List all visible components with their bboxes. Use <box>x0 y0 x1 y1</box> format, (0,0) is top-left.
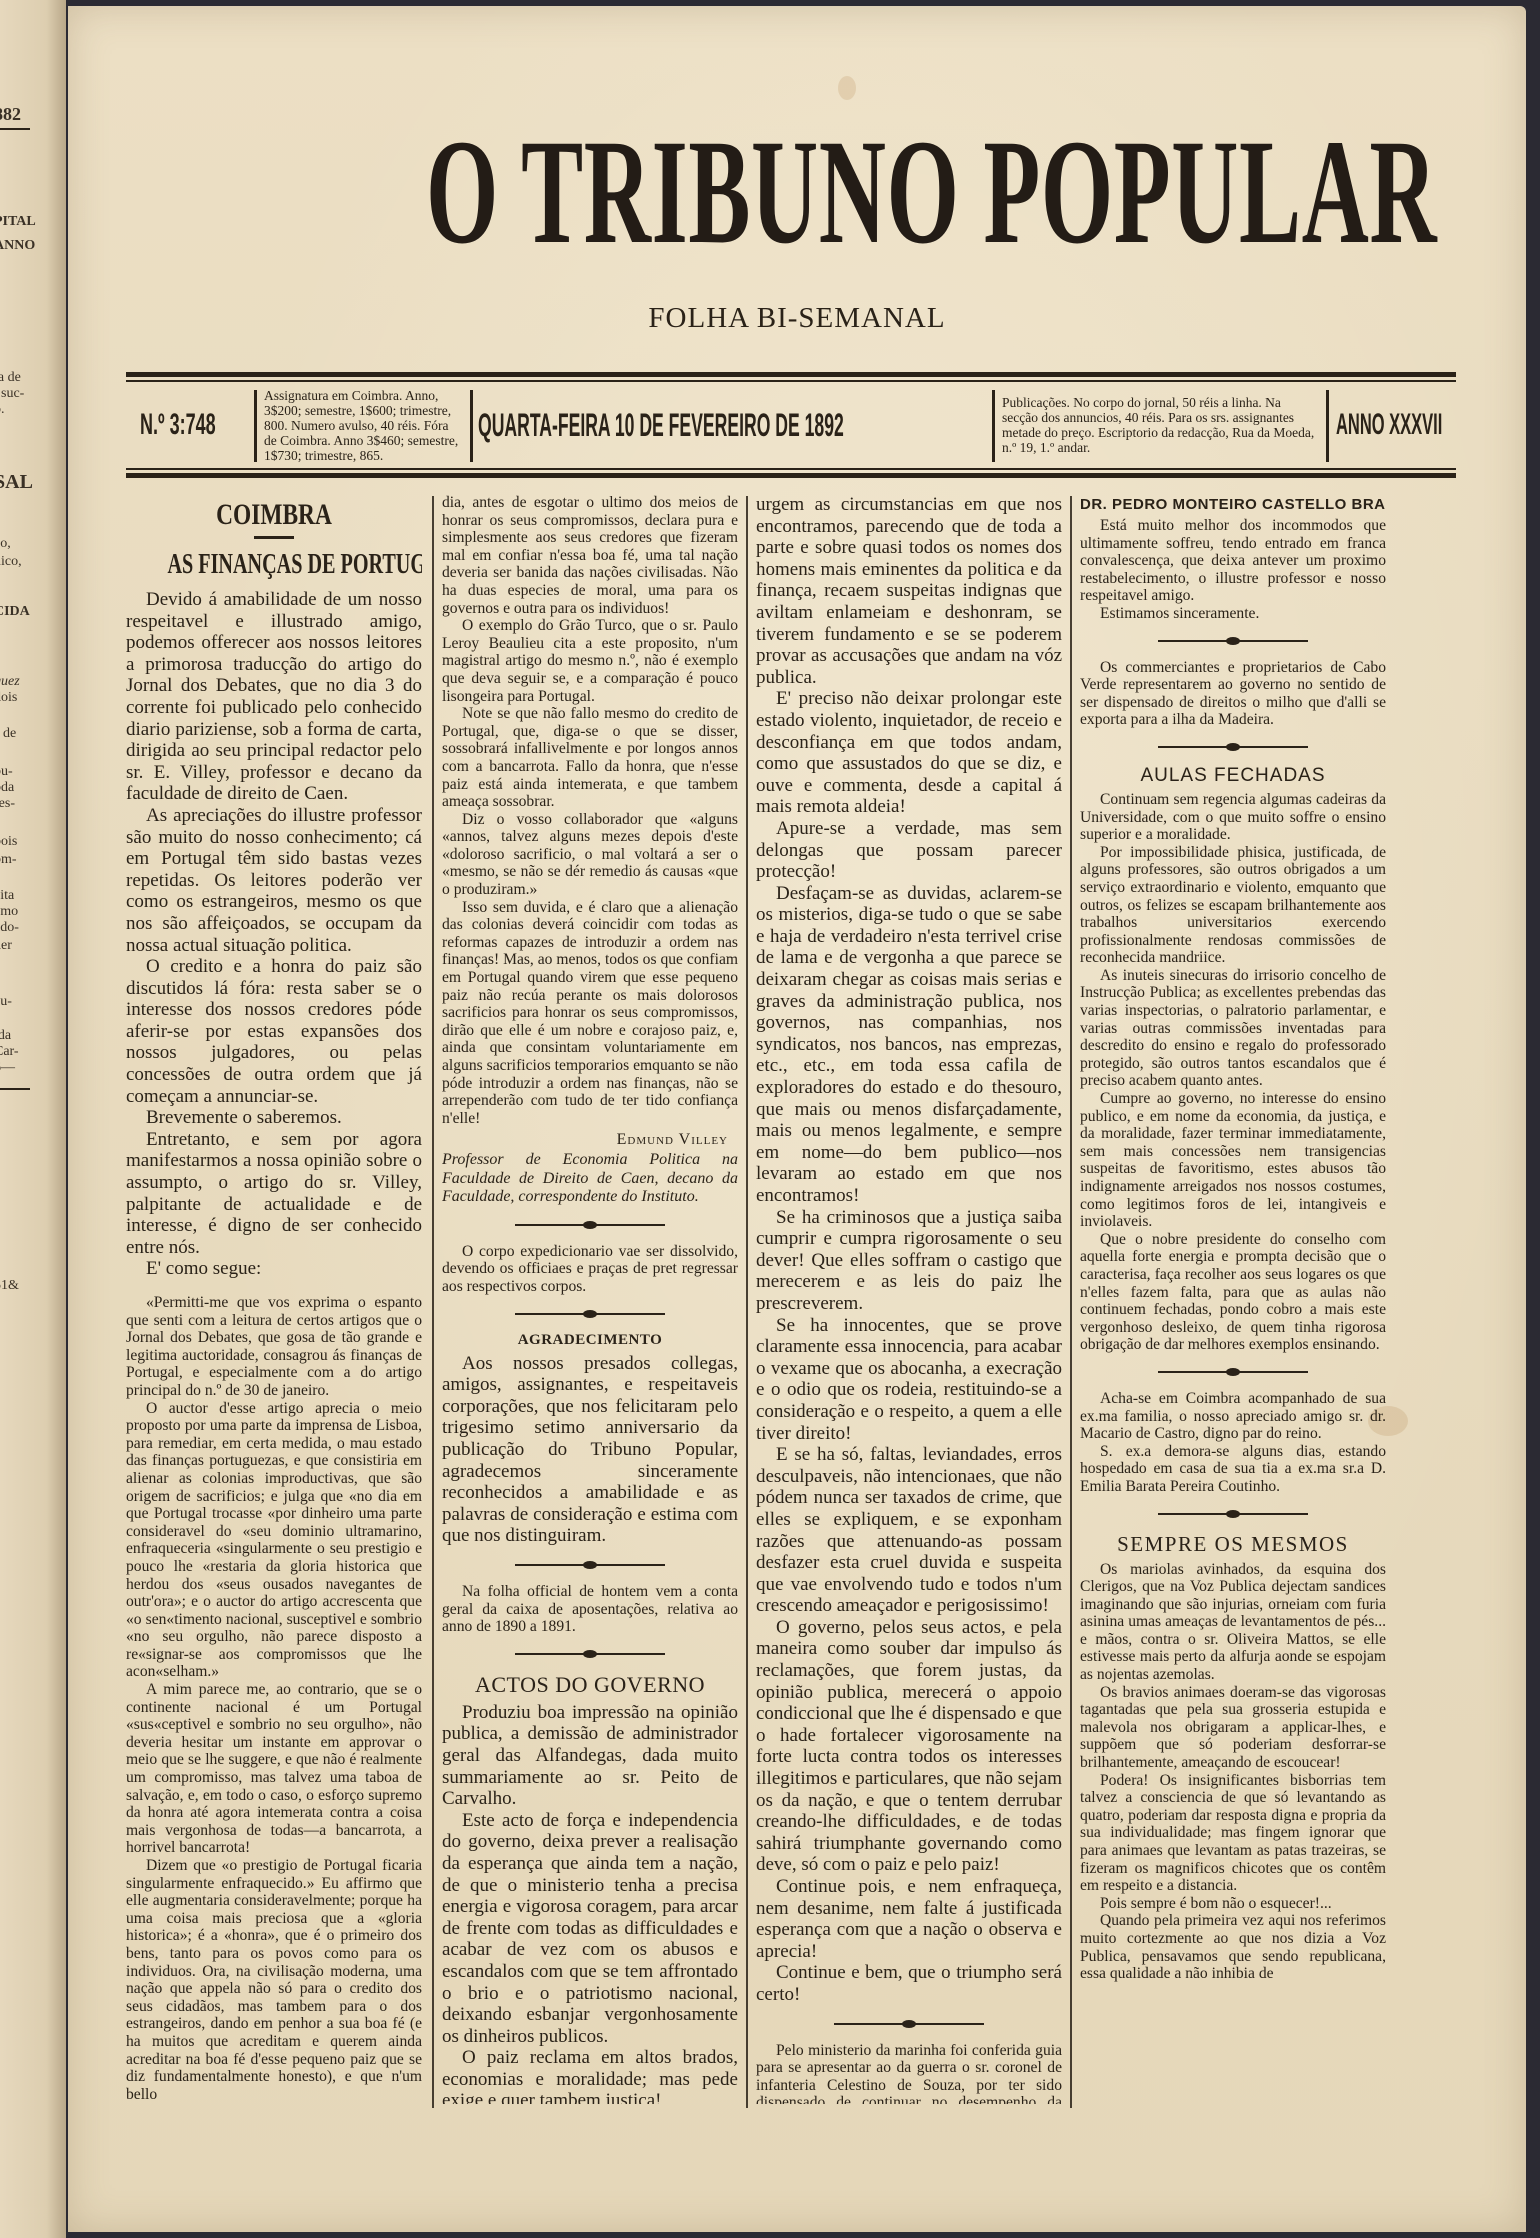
article-intro: Devido á amabilidade de um nosso respeit… <box>126 589 422 1280</box>
section-heading: AGRADECIMENTO <box>442 1332 738 1349</box>
section-heading: DR. PEDRO MONTEIRO CASTELLO BRANCO <box>1080 496 1386 513</box>
section-heading: AULAS FECHADAS <box>1080 765 1386 787</box>
prev-page-fragment: PITAL <box>0 214 36 230</box>
paragraph: Os mariolas avinhados, da esquina dos Cl… <box>1080 1561 1386 1684</box>
paragraph: A mim parece me, ao contrario, que se o … <box>126 1681 422 1857</box>
paragraph: Isso sem duvida, e é claro que a alienaç… <box>442 899 738 1128</box>
ornament-divider <box>1158 741 1308 753</box>
infobar-rule <box>126 468 1456 470</box>
paragraph: Acha-se em Coimbra acompanhado de sua ex… <box>1080 1390 1386 1443</box>
letter-text: «Permitti-me que vos exprima o espanto q… <box>126 1294 422 2103</box>
column-divider <box>1070 496 1072 2108</box>
paragraph: Note se que não fallo mesmo do credito d… <box>442 705 738 811</box>
prev-page-fragment: Car- <box>0 1044 19 1060</box>
bleed-through-edge <box>1398 494 1412 2104</box>
ornament-divider <box>515 1559 665 1571</box>
ornament-divider <box>515 1648 665 1660</box>
ornament-divider <box>834 2018 984 2030</box>
heading-dash <box>254 536 294 539</box>
paragraph: Está muito melhor dos incommodos que ult… <box>1080 517 1386 605</box>
prev-page-fragment: 882 <box>0 106 21 122</box>
prev-page-fragment: 51& <box>0 1278 19 1294</box>
paragraph: Podera! Os insignificantes bisborrias te… <box>1080 1772 1386 1895</box>
previous-page-edge: 882 PITAL ANNO ja de . suc- o. SAL co, n… <box>0 0 66 2238</box>
article-headline: AS FINANÇAS DE PORTUGAL <box>167 547 380 583</box>
paragraph: dia, antes de esgotar o ultimo dos meios… <box>442 494 738 617</box>
section-heading: COIMBRA <box>159 498 390 532</box>
prev-page-fragment: res- <box>0 796 15 812</box>
ornament-divider <box>515 1219 665 1231</box>
paragraph: Na folha official de hontem vem a conta … <box>442 1583 738 1636</box>
column-2: dia, antes de esgotar o ultimo dos meios… <box>442 494 738 2104</box>
paragraph: Se ha innocentes, que se prove clarament… <box>756 1315 1062 1445</box>
section-heading: ACTOS DO GOVERNO <box>442 1672 738 1698</box>
paragraph: Cumpre ao governo, no interesse do ensin… <box>1080 1090 1386 1231</box>
paragraph: E se ha só, faltas, leviandades, erros d… <box>756 1444 1062 1617</box>
infobar-rule <box>126 473 1456 478</box>
publications-info: Publicações. No corpo do jornal, 50 réis… <box>1002 395 1318 455</box>
paragraph: Quando pela primeira vez aqui nos referi… <box>1080 1912 1386 1982</box>
prev-page-fragment: ado- <box>0 920 19 936</box>
paragraph: O exemplo do Grão Turco, que o sr. Paulo… <box>442 617 738 705</box>
paragraph: As inuteis sinecuras do irrisorio concel… <box>1080 967 1386 1090</box>
paragraph: S. ex.a demora-se alguns dias, estando h… <box>1080 1443 1386 1496</box>
signature-title: Professor de Economia Politica na Faculd… <box>442 1151 738 1207</box>
sempre-text: Os mariolas avinhados, da esquina dos Cl… <box>1080 1561 1386 1983</box>
paragraph: Continue pois, e nem enfraqueça, nem des… <box>756 1876 1062 1962</box>
paragraph: Diz o vosso collaborador que «alguns «an… <box>442 811 738 899</box>
prev-page-fragment: CIDA <box>0 604 30 620</box>
column-divider <box>746 496 748 2108</box>
paragraph: E' como segue: <box>126 1258 422 1280</box>
newspaper-scan: 882 PITAL ANNO ja de . suc- o. SAL co, n… <box>0 0 1540 2238</box>
paragraph: Este acto de força e independencia do go… <box>442 1810 738 2048</box>
prev-page-fragment: nico, <box>0 554 22 570</box>
paragraph: Apure-se a verdade, mas sem delongas que… <box>756 818 1062 883</box>
paragraph: Que o nobre presidente do conselho com a… <box>1080 1231 1386 1354</box>
paragraph: Estimamos sinceramente. <box>1080 605 1386 623</box>
actos-continued: urgem as circumstancias em que nos encon… <box>756 494 1062 2006</box>
paragraph: Continue e bem, que o triumpho será cert… <box>756 1962 1062 2005</box>
column-4: DR. PEDRO MONTEIRO CASTELLO BRANCO Está … <box>1080 494 1386 2104</box>
paragraph: Continuam sem regencia algumas cadeiras … <box>1080 791 1386 844</box>
ornament-divider <box>1158 1366 1308 1378</box>
prev-page-fragment: o. <box>0 402 5 418</box>
prev-page-fragment: quez <box>0 674 20 690</box>
paragraph: O corpo expedicionario vae ser dissolvid… <box>442 1243 738 1296</box>
paragraph: Produziu boa impressão na opinião public… <box>442 1702 738 1810</box>
ornament-divider <box>1158 635 1308 647</box>
paragraph: As apreciações do illustre professor são… <box>126 805 422 956</box>
paragraph: O credito e a honra do paiz são discutid… <box>126 956 422 1107</box>
prev-page-fragment: dois <box>0 690 17 706</box>
paragraph: Devido á amabilidade de um nosso respeit… <box>126 589 422 805</box>
section-heading: SEMPRE OS MESMOS <box>1080 1532 1386 1557</box>
prev-page-fragment: oda <box>0 780 14 796</box>
prev-page-fragment: au- <box>0 994 12 1010</box>
paragraph: urgem as circumstancias em que nos encon… <box>756 494 1062 688</box>
prev-page-fragment: ja de <box>0 370 21 386</box>
paragraph: Os bravios animaes doeram-se das vigoros… <box>1080 1684 1386 1772</box>
prev-page-fragment: s de <box>0 726 16 742</box>
prev-page-fragment: . suc- <box>0 386 24 402</box>
letter-continued: dia, antes de esgotar o ultimo dos meios… <box>442 494 738 1127</box>
column-1: COIMBRA AS FINANÇAS DE PORTUGAL Devido á… <box>126 494 422 2104</box>
ornament-divider <box>515 1308 665 1320</box>
aulas-text: Continuam sem regencia algumas cadeiras … <box>1080 791 1386 1354</box>
paragraph: E' preciso não deixar prolongar este est… <box>756 688 1062 818</box>
paragraph: O governo, pelos seus actos, e pela mane… <box>756 1617 1062 1876</box>
prev-page-fragment: ida <box>0 1028 11 1044</box>
paragraph: O paiz reclama em altos brados, economia… <box>442 2047 738 2104</box>
prev-page-fragment: co, <box>0 536 11 552</box>
paragraph: Desfaçam-se as duvidas, aclarem-se os mi… <box>756 883 1062 1207</box>
actos-text: Produziu boa impressão na opinião public… <box>442 1702 738 2104</box>
paragraph: Os commerciantes e proprietarios de Cabo… <box>1080 659 1386 729</box>
prev-page-fragment: ANNO <box>0 238 35 254</box>
paragraph: O auctor d'esse artigo aprecia o meio pr… <box>126 1400 422 1682</box>
masthead-rule <box>126 380 1456 382</box>
paragraph: Se ha criminosos que a justiça saiba cum… <box>756 1207 1062 1315</box>
prev-page-fragment: eita <box>0 888 14 904</box>
prev-page-fragment: uer <box>0 938 12 954</box>
prev-page-fragment: om- <box>0 852 17 868</box>
issue-number: N.º 3:748 <box>140 408 216 442</box>
column-divider <box>432 496 434 2108</box>
paragraph: Dizem que «o prestigio de Portugal ficar… <box>126 1857 422 2103</box>
masthead-title: O TRIBUNO POPULAR <box>426 122 1170 262</box>
prev-page-fragment: SAL <box>0 474 33 490</box>
masthead-subtitle: FOLHA BI-SEMANAL <box>68 302 1526 335</box>
paragraph: Pois sempre é bom não o esquecer!... <box>1080 1895 1386 1913</box>
prev-page-fragment: 6— <box>0 1060 15 1076</box>
ornament-divider <box>1158 1508 1308 1520</box>
paragraph: Aos nossos presados collegas, amigos, as… <box>442 1353 738 1547</box>
issue-date: QUARTA-FEIRA 10 DE FEVEREIRO DE 1892 <box>478 407 844 444</box>
signature: Edmund Villey <box>442 1131 728 1149</box>
subscription-info: Assignatura em Coimbra. Anno, 3$200; sem… <box>264 388 464 463</box>
paragraph: Brevemente o saberemos. <box>126 1107 422 1129</box>
issue-info-bar: N.º 3:748 Assignatura em Coimbra. Anno, … <box>126 384 1456 466</box>
paragraph: Entretanto, e sem por agora manifestarmo… <box>126 1129 422 1259</box>
prev-page-fragment: pu- <box>0 764 13 780</box>
paragraph: Por impossibilidade phisica, justificada… <box>1080 844 1386 967</box>
volume-year: ANNO XXXVII <box>1336 408 1442 442</box>
prev-page-fragment: emo <box>0 904 18 920</box>
paragraph: Pelo ministerio da marinha foi conferida… <box>756 2042 1062 2104</box>
paragraph: «Permitti-me que vos exprima o espanto q… <box>126 1294 422 1400</box>
masthead-rule <box>126 372 1456 377</box>
column-3: urgem as circumstancias em que nos encon… <box>756 494 1062 2104</box>
prev-page-fragment: pois <box>0 834 17 850</box>
newspaper-page: O TRIBUNO POPULAR FOLHA BI-SEMANAL N.º 3… <box>68 6 1526 2232</box>
